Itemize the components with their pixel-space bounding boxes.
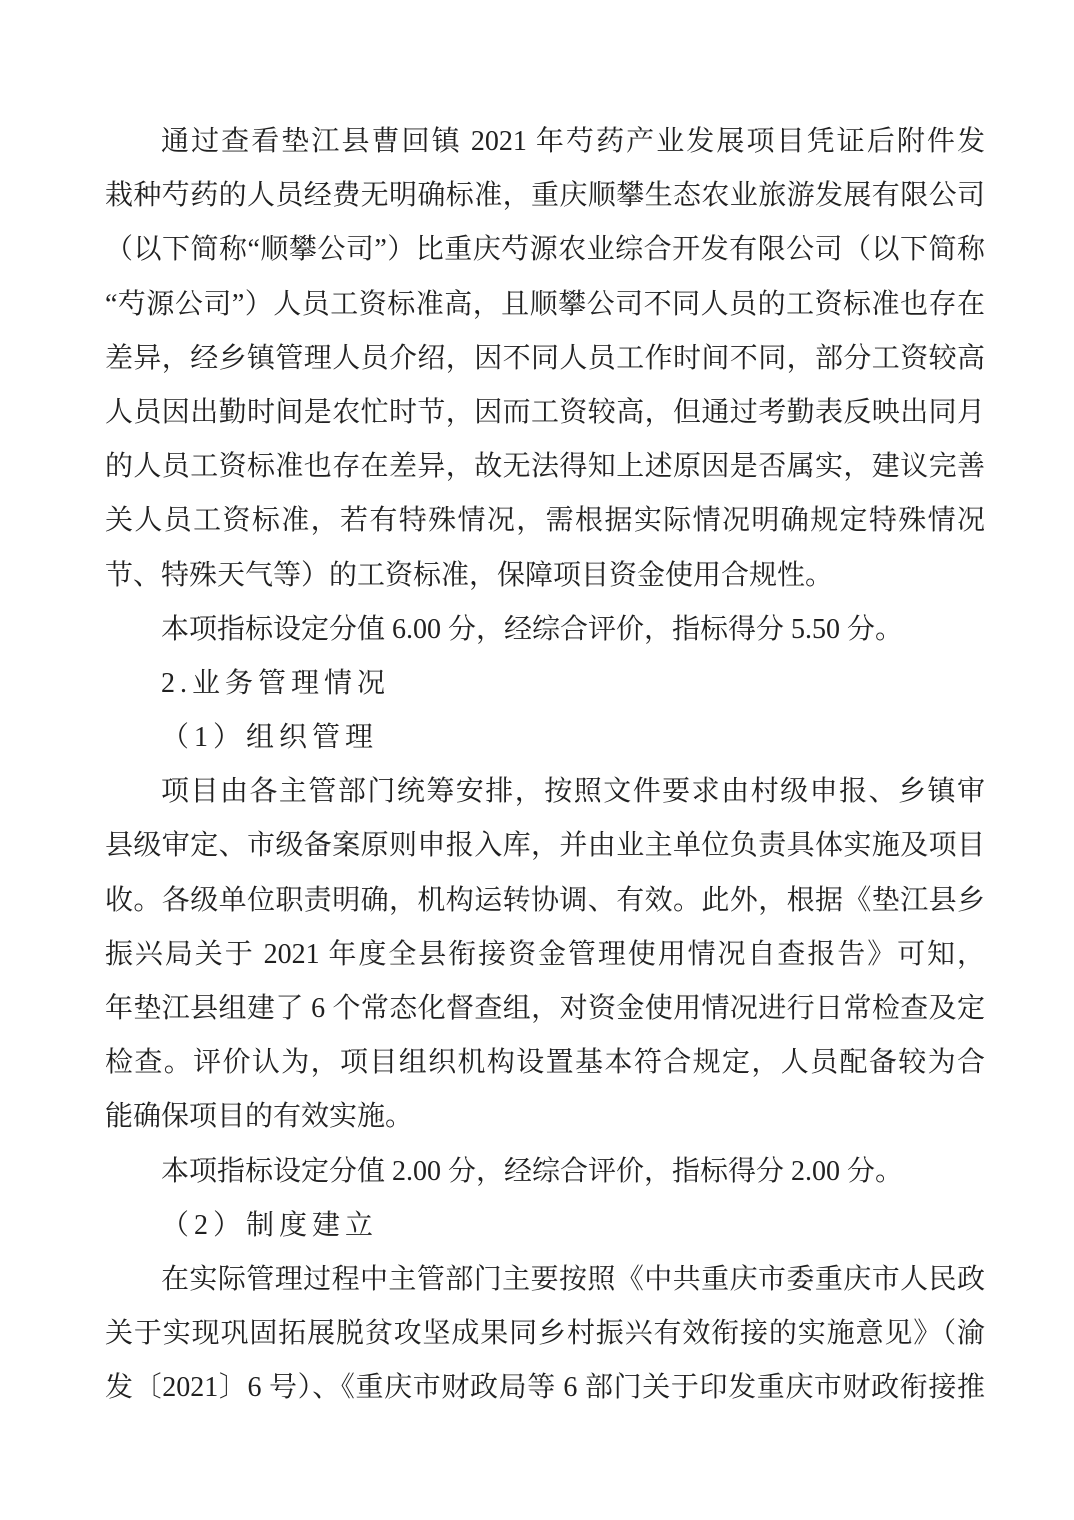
text-line: 本项指标设定分值 6.00 分，经综合评价，指标得分 5.50 分。	[105, 603, 985, 657]
para-system-establishment: 在实际管理过程中主管部门主要按照《中共重庆市委重庆市人民政府关于实现巩固拓展脱贫…	[105, 1253, 985, 1416]
text-line: 人员因出勤时间是农忙时节，因而工资较高，但通过考勤表反映出同月份	[105, 386, 985, 440]
text-line: 关于实现巩固拓展脱贫攻坚成果同乡村振兴有效衔接的实施意见》（渝委	[105, 1307, 985, 1361]
heading-organization-management: （1）组织管理	[105, 711, 985, 765]
text-line: 关人员工资标准，若有特殊情况，需根据实际情况明确规定特殊情况（季	[105, 494, 985, 548]
text-line: （2）制度建立	[105, 1199, 985, 1253]
text-line: 振兴局关于 2021 年度全县衔接资金管理使用情况自查报告》可知，2021	[105, 928, 985, 982]
text-line: 通过查看垫江县曹回镇 2021 年芍药产业发展项目凭证后附件发现，	[105, 115, 985, 169]
text-line: 县级审定、市级备案原则申报入库，并由业主单位负责具体实施及项目验	[105, 819, 985, 873]
text-line: （以下简称“顺攀公司”）比重庆芍源农业综合开发有限公司（以下简称	[105, 223, 985, 277]
document-page: 通过查看垫江县曹回镇 2021 年芍药产业发展项目凭证后附件发现，栽种芍药的人员…	[0, 0, 1074, 1520]
text-line: 检查。评价认为，项目组织机构设置基本符合规定，人员配备较为合理，	[105, 1036, 985, 1090]
text-line: “芍源公司”）人员工资标准高，且顺攀公司不同人员的工资标准也存在	[105, 278, 985, 332]
text-line: 年垫江县组建了 6 个常态化督查组，对资金使用情况进行日常检查及定期	[105, 982, 985, 1036]
heading-system-establishment: （2）制度建立	[105, 1199, 985, 1253]
text-line: 2.业务管理情况	[105, 657, 985, 711]
text-line: 发〔2021〕6 号）、《重庆市财政局等 6 部门关于印发重庆市财政衔接推	[105, 1361, 985, 1415]
text-line: 节、特殊天气等）的工资标准，保障项目资金使用合规性。	[105, 549, 985, 603]
text-line: 在实际管理过程中主管部门主要按照《中共重庆市委重庆市人民政府	[105, 1253, 985, 1307]
para-score-6-00: 本项指标设定分值 6.00 分，经综合评价，指标得分 5.50 分。	[105, 603, 985, 657]
text-line: （1）组织管理	[105, 711, 985, 765]
para-wage-standard-finding: 通过查看垫江县曹回镇 2021 年芍药产业发展项目凭证后附件发现，栽种芍药的人员…	[105, 115, 985, 603]
text-line: 收。各级单位职责明确，机构运转协调、有效。此外，根据《垫江县乡村	[105, 874, 985, 928]
text-line: 差异，经乡镇管理人员介绍，因不同人员工作时间不同，部分工资较高的	[105, 332, 985, 386]
text-line: 本项指标设定分值 2.00 分，经综合评价，指标得分 2.00 分。	[105, 1145, 985, 1199]
text-line: 能确保项目的有效实施。	[105, 1090, 985, 1144]
text-line: 栽种芍药的人员经费无明确标准，重庆顺攀生态农业旅游发展有限公司	[105, 169, 985, 223]
text-line: 项目由各主管部门统筹安排，按照文件要求由村级申报、乡镇审核、	[105, 765, 985, 819]
document-content: 通过查看垫江县曹回镇 2021 年芍药产业发展项目凭证后附件发现，栽种芍药的人员…	[105, 115, 985, 1416]
heading-business-management: 2.业务管理情况	[105, 657, 985, 711]
para-score-2-00: 本项指标设定分值 2.00 分，经综合评价，指标得分 2.00 分。	[105, 1145, 985, 1199]
para-organization-management: 项目由各主管部门统筹安排，按照文件要求由村级申报、乡镇审核、县级审定、市级备案原…	[105, 765, 985, 1144]
text-line: 的人员工资标准也存在差异，故无法得知上述原因是否属实，建议完善相	[105, 440, 985, 494]
